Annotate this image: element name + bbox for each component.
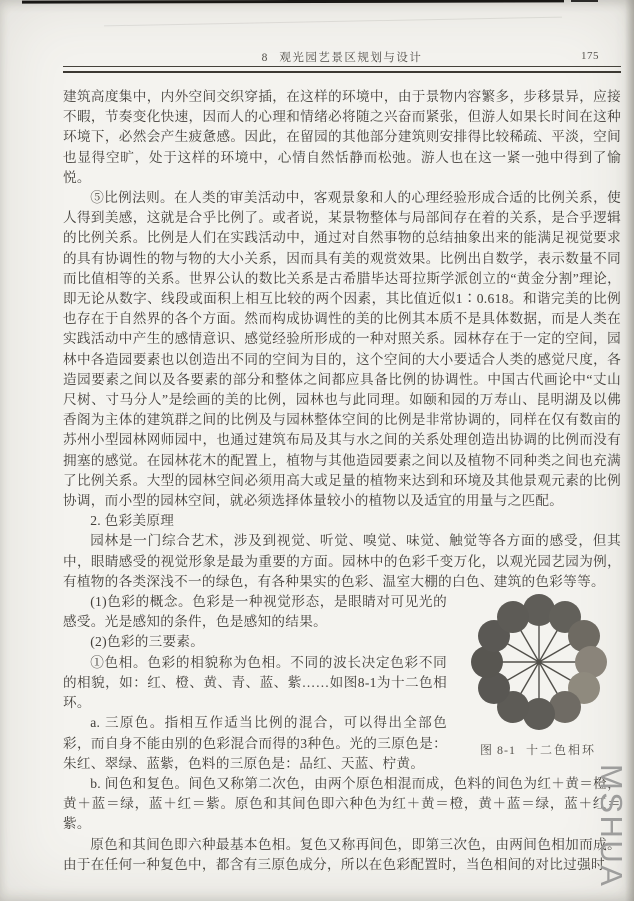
figure-color-wheel: 图 8-1十二色相环	[455, 594, 621, 760]
body-text: 建筑高度集中，内外空间交织穿插，在这样的环境中，由于景物内容繁多，步移景异，应接…	[63, 87, 621, 875]
paragraph-color-intro: 园林是一门综合艺术，涉及到视觉、听觉、嗅觉、味觉、触觉等各方面的感受，但其中，眼…	[63, 531, 621, 592]
paragraph-compound-colors: 原色和其间色即六种最基本色相。复色又称再间色，即第三次色，由两间色相加而成。由于…	[63, 835, 621, 875]
chapter-number: 8	[262, 52, 268, 64]
scanned-book-page: 8观光园艺景区规划与设计 175 建筑高度集中，内外空间交织穿插，在这样的环境中…	[0, 0, 634, 901]
paragraph-proportion-rule: ⑤比例法则。在人类的审美活动中，客观景象和人的心理经验形成合适的比例关系，使人得…	[63, 188, 621, 511]
chapter-title: 观光园艺景区规划与设计	[279, 52, 422, 64]
page-number: 175	[581, 50, 599, 62]
watermark: MSHUA	[593, 764, 629, 888]
figure-caption: 图 8-1十二色相环	[455, 740, 621, 760]
paragraph-continuation: 建筑高度集中，内外空间交织穿插，在这样的环境中，由于景物内容繁多，步移景异，应接…	[63, 87, 621, 188]
scan-edge-artifact-dash	[571, 0, 598, 2]
figure-caption-label: 图 8-1	[480, 743, 516, 757]
running-head: 8观光园艺景区规划与设计 175	[63, 49, 621, 65]
header-double-rule	[63, 66, 621, 73]
twelve-hue-wheel-diagram	[463, 594, 613, 736]
section-heading-color-aesthetics: 2. 色彩美原理	[63, 511, 621, 531]
running-head-title: 8观光园艺景区规划与设计	[63, 49, 621, 65]
scan-streak-artifact	[104, 17, 562, 27]
scan-edge-artifact	[22, 0, 564, 4]
figure-caption-title: 十二色相环	[526, 743, 596, 757]
paragraph-secondary-colors: b. 间色和复色。间色又称第二次色，由两个原色相混而成，色料的间色为红＋黄＝橙，…	[63, 774, 621, 835]
